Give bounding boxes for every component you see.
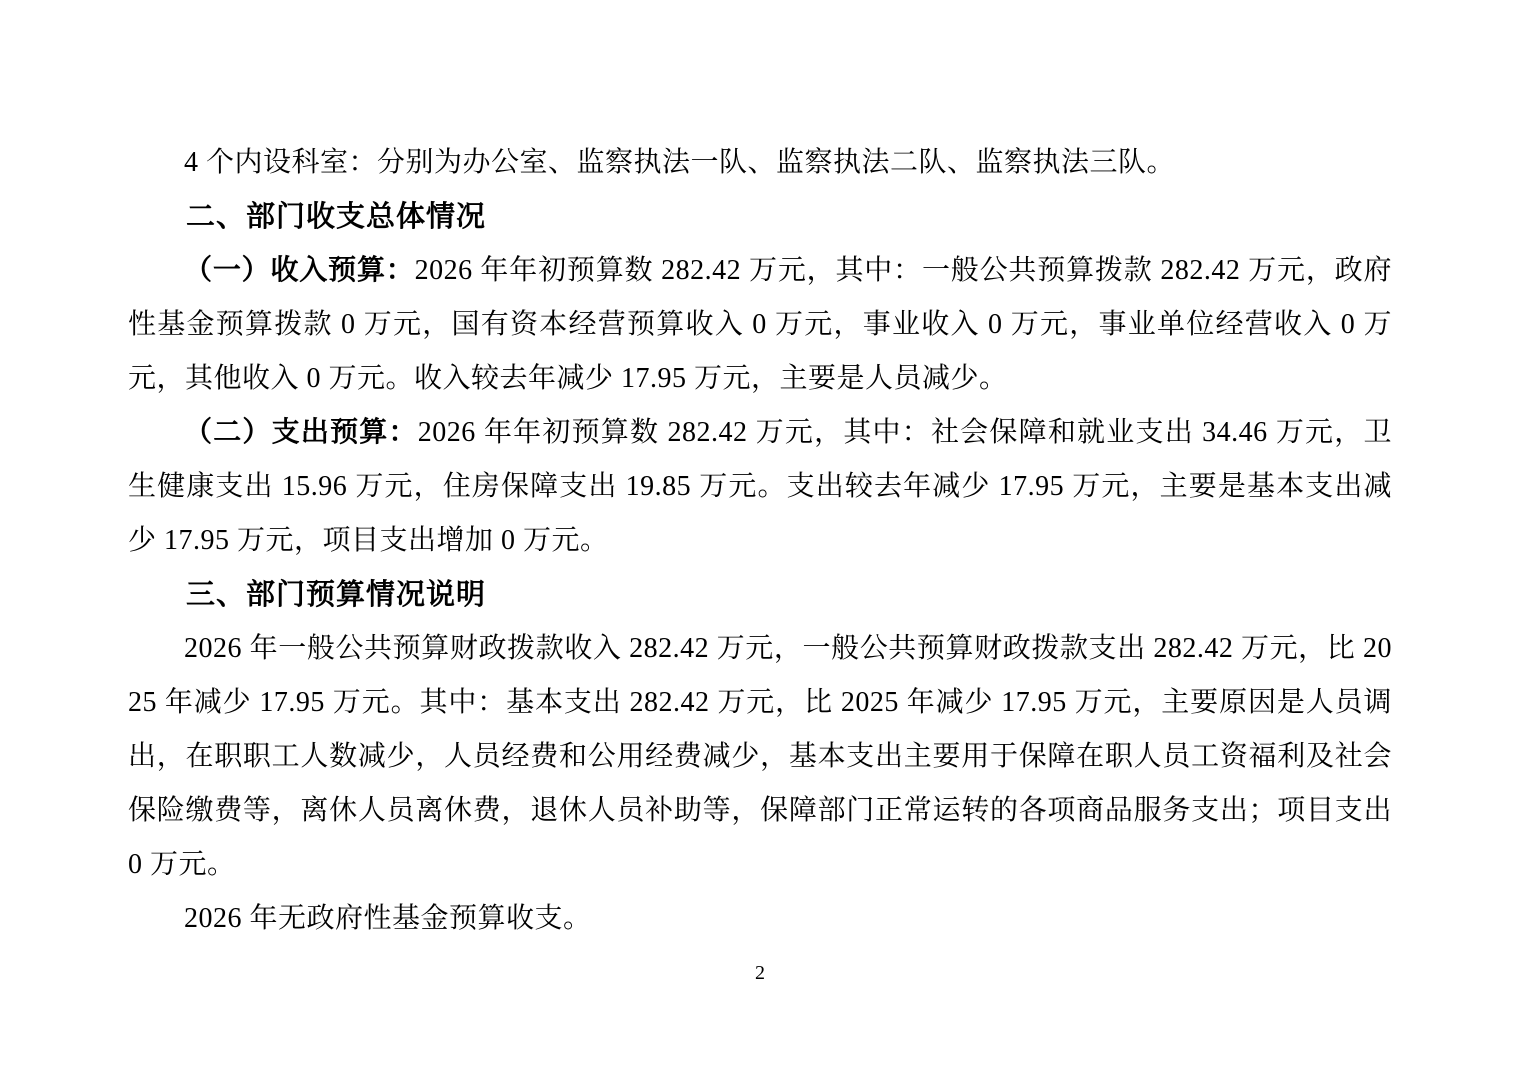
intro-paragraph: 4 个内设科室：分别为办公室、监察执法一队、监察执法二队、监察执法三队。 xyxy=(128,136,1392,190)
expense-budget-paragraph: （二）支出预算：2026 年年初预算数 282.42 万元，其中：社会保障和就业… xyxy=(128,406,1392,568)
income-budget-paragraph: （一）收入预算：2026 年年初预算数 282.42 万元，其中：一般公共预算拨… xyxy=(128,244,1392,406)
section-2-heading: 二、部门收支总体情况 xyxy=(128,190,1392,244)
document-body: 4 个内设科室：分别为办公室、监察执法一队、监察执法二队、监察执法三队。 二、部… xyxy=(128,136,1392,946)
expense-budget-lead: （二）支出预算： xyxy=(184,417,418,448)
document-page: 4 个内设科室：分别为办公室、监察执法一队、监察执法二队、监察执法三队。 二、部… xyxy=(0,0,1520,1074)
page-number: 2 xyxy=(0,962,1520,985)
income-budget-lead: （一）收入预算： xyxy=(184,255,415,286)
gov-fund-paragraph: 2026 年无政府性基金预算收支。 xyxy=(128,892,1392,946)
budget-note-paragraph: 2026 年一般公共预算财政拨款收入 282.42 万元，一般公共预算财政拨款支… xyxy=(128,622,1392,892)
section-3-heading: 三、部门预算情况说明 xyxy=(128,568,1392,622)
